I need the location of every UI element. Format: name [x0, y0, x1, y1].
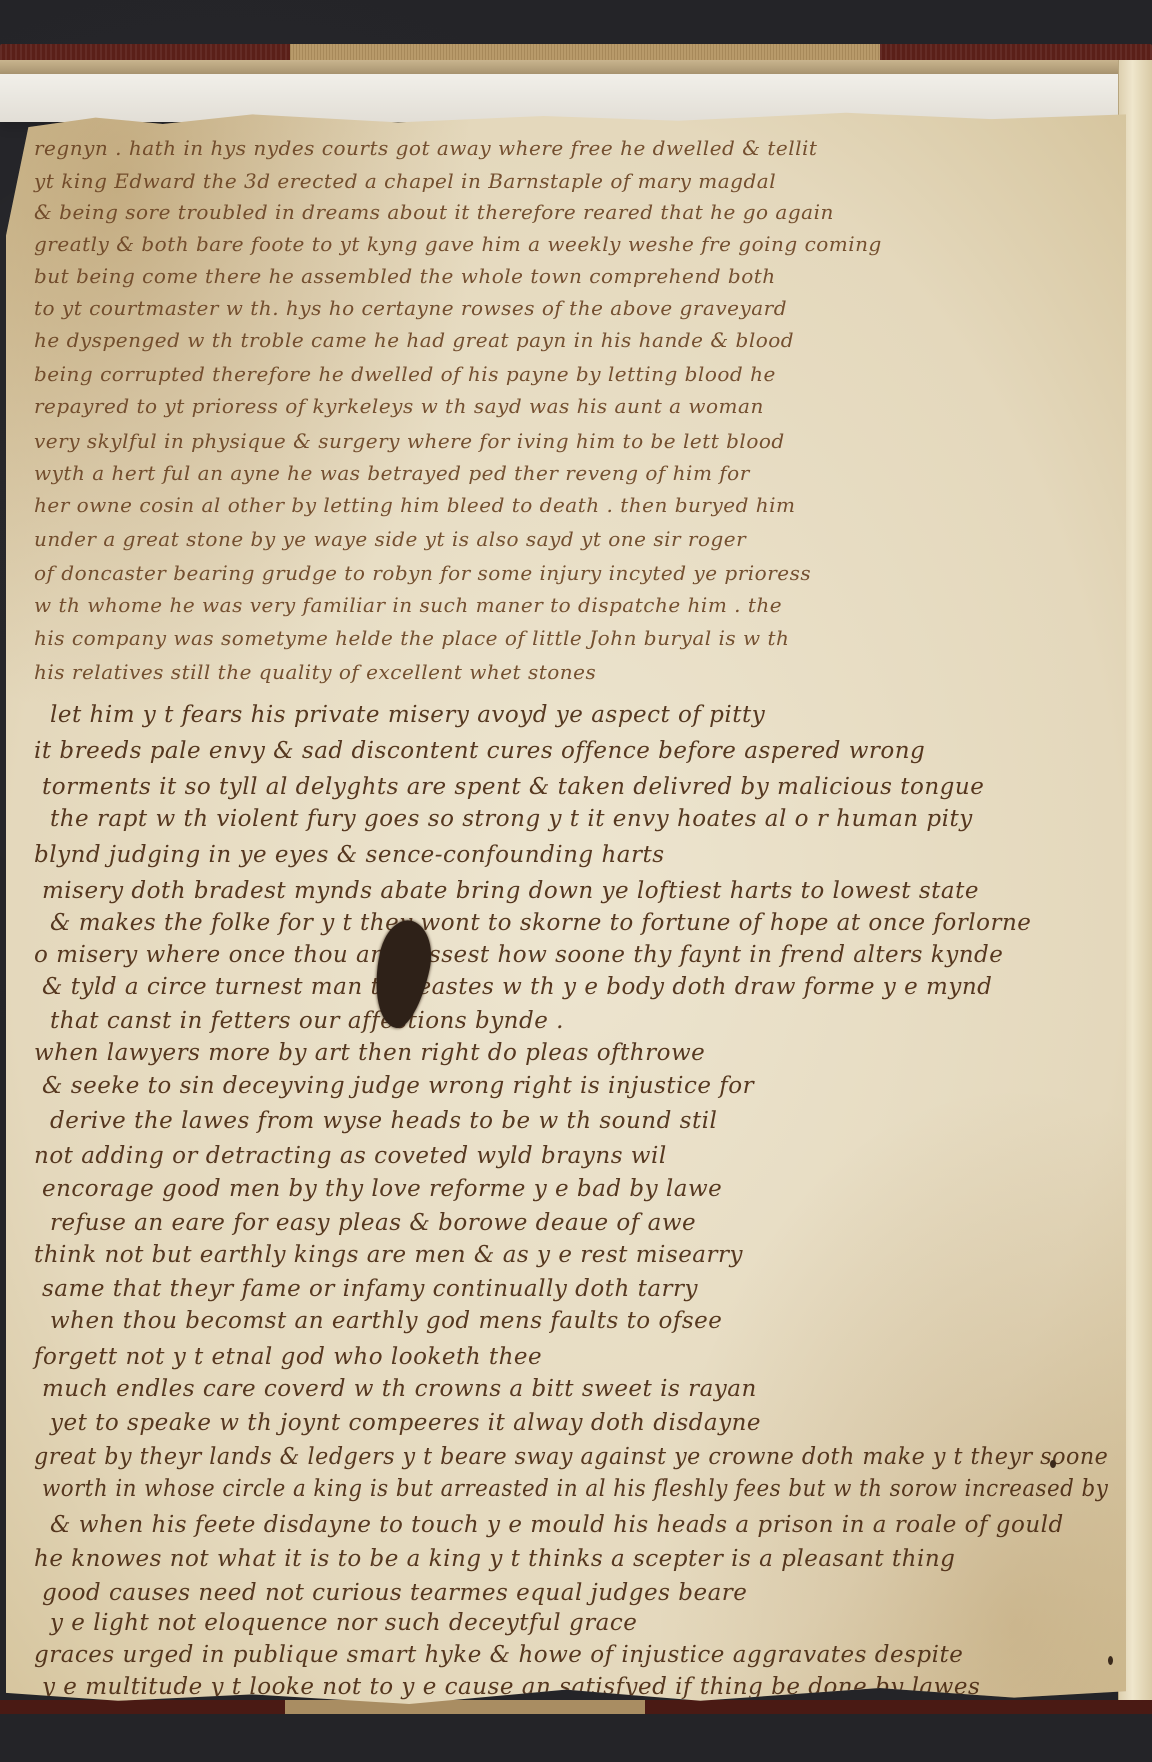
- manuscript-line: forgett not y t etnal god who looketh th…: [34, 1344, 542, 1370]
- manuscript-line: yt king Edward the 3d erected a chapel i…: [34, 169, 776, 193]
- manuscript-line: very skylful in physique & surgery where…: [34, 429, 785, 453]
- manuscript-line: derive the lawes from wyse heads to be w…: [50, 1108, 717, 1134]
- manuscript-line: her owne cosin al other by letting him b…: [34, 493, 796, 517]
- manuscript-line: great by theyr lands & ledgers y t beare…: [34, 1444, 1108, 1470]
- manuscript-line: let him y t fears his private misery avo…: [50, 702, 765, 728]
- manuscript-line: repayred to yt prioress of kyrkeleys w t…: [34, 394, 764, 418]
- manuscript-line: it breeds pale envy & sad discontent cur…: [34, 738, 925, 764]
- manuscript-line: think not but earthly kings are men & as…: [34, 1242, 743, 1268]
- manuscript-line: he knowes not what it is to be a king y …: [34, 1546, 955, 1572]
- manuscript-line: good causes need not curious tearmes equ…: [42, 1580, 747, 1606]
- manuscript-line: worth in whose circle a king is but arre…: [42, 1476, 1108, 1502]
- manuscript-line: under a great stone by ye waye side yt i…: [34, 527, 746, 551]
- manuscript-line: his relatives still the quality of excel…: [34, 660, 596, 684]
- manuscript-line: of doncaster bearing grudge to robyn for…: [34, 561, 811, 585]
- manuscript-line: y e light not eloquence nor such deceytf…: [50, 1610, 637, 1636]
- manuscript-line: the rapt w th violent fury goes so stron…: [50, 806, 973, 832]
- manuscript-text-block: regnyn . hath in hys nydes courts got aw…: [34, 108, 1114, 1704]
- manuscript-line: to yt courtmaster w th. hys ho certayne …: [34, 296, 787, 320]
- board-edge: [0, 60, 1125, 74]
- ink-dot: [1108, 1656, 1113, 1665]
- manuscript-leaf: regnyn . hath in hys nydes courts got aw…: [6, 108, 1126, 1704]
- manuscript-line: w th whome he was very familiar in such …: [34, 593, 782, 617]
- manuscript-line: & tyld a circe turnest man to beastes w …: [42, 974, 992, 1000]
- manuscript-line: blynd judging in ye eyes & sence-confoun…: [34, 842, 665, 868]
- manuscript-line: much endles care coverd w th crowns a bi…: [42, 1376, 757, 1402]
- manuscript-line: & seeke to sin deceyving judge wrong rig…: [42, 1073, 754, 1099]
- manuscript-line: greatly & both bare foote to yt kyng gav…: [34, 232, 882, 256]
- manuscript-line: same that theyr fame or infamy continual…: [42, 1276, 698, 1302]
- manuscript-line: being corrupted therefore he dwelled of …: [34, 362, 776, 386]
- manuscript-line: regnyn . hath in hys nydes courts got aw…: [34, 136, 817, 160]
- manuscript-line: o misery where once thou art possest how…: [34, 942, 1003, 968]
- manuscript-line: graces urged in publique smart hyke & ho…: [34, 1642, 963, 1668]
- manuscript-line: when lawyers more by art then right do p…: [34, 1040, 705, 1066]
- manuscript-line: but being come there he assembled the wh…: [34, 264, 776, 288]
- manuscript-line: his company was sometyme helde the place…: [34, 626, 789, 650]
- manuscript-line: he dyspenged w th troble came he had gre…: [34, 328, 794, 352]
- manuscript-line: wyth a hert ful an ayne he was betrayed …: [34, 461, 750, 485]
- binding-tape-bottom: [285, 1700, 645, 1714]
- guard-sheet: [0, 74, 1122, 122]
- manuscript-line: refuse an eare for easy pleas & borowe d…: [50, 1210, 696, 1236]
- manuscript-line: that canst in fetters our affections byn…: [50, 1008, 564, 1034]
- manuscript-line: not adding or detracting as coveted wyld…: [34, 1143, 667, 1169]
- manuscript-line: when thou becomst an earthly god mens fa…: [50, 1308, 722, 1334]
- manuscript-line: & when his feete disdayne to touch y e m…: [50, 1512, 1064, 1538]
- manuscript-line: misery doth bradest mynds abate bring do…: [42, 878, 979, 904]
- manuscript-line: torments it so tyll al delyghts are spen…: [42, 774, 984, 800]
- ink-dot: [1050, 1460, 1056, 1468]
- manuscript-line: & makes the folke for y t they wont to s…: [50, 910, 1031, 936]
- manuscript-line: & being sore troubled in dreams about it…: [34, 200, 834, 224]
- manuscript-line: encorage good men by thy love reforme y …: [42, 1176, 722, 1202]
- manuscript-line: yet to speake w th joynt compeeres it al…: [50, 1410, 761, 1436]
